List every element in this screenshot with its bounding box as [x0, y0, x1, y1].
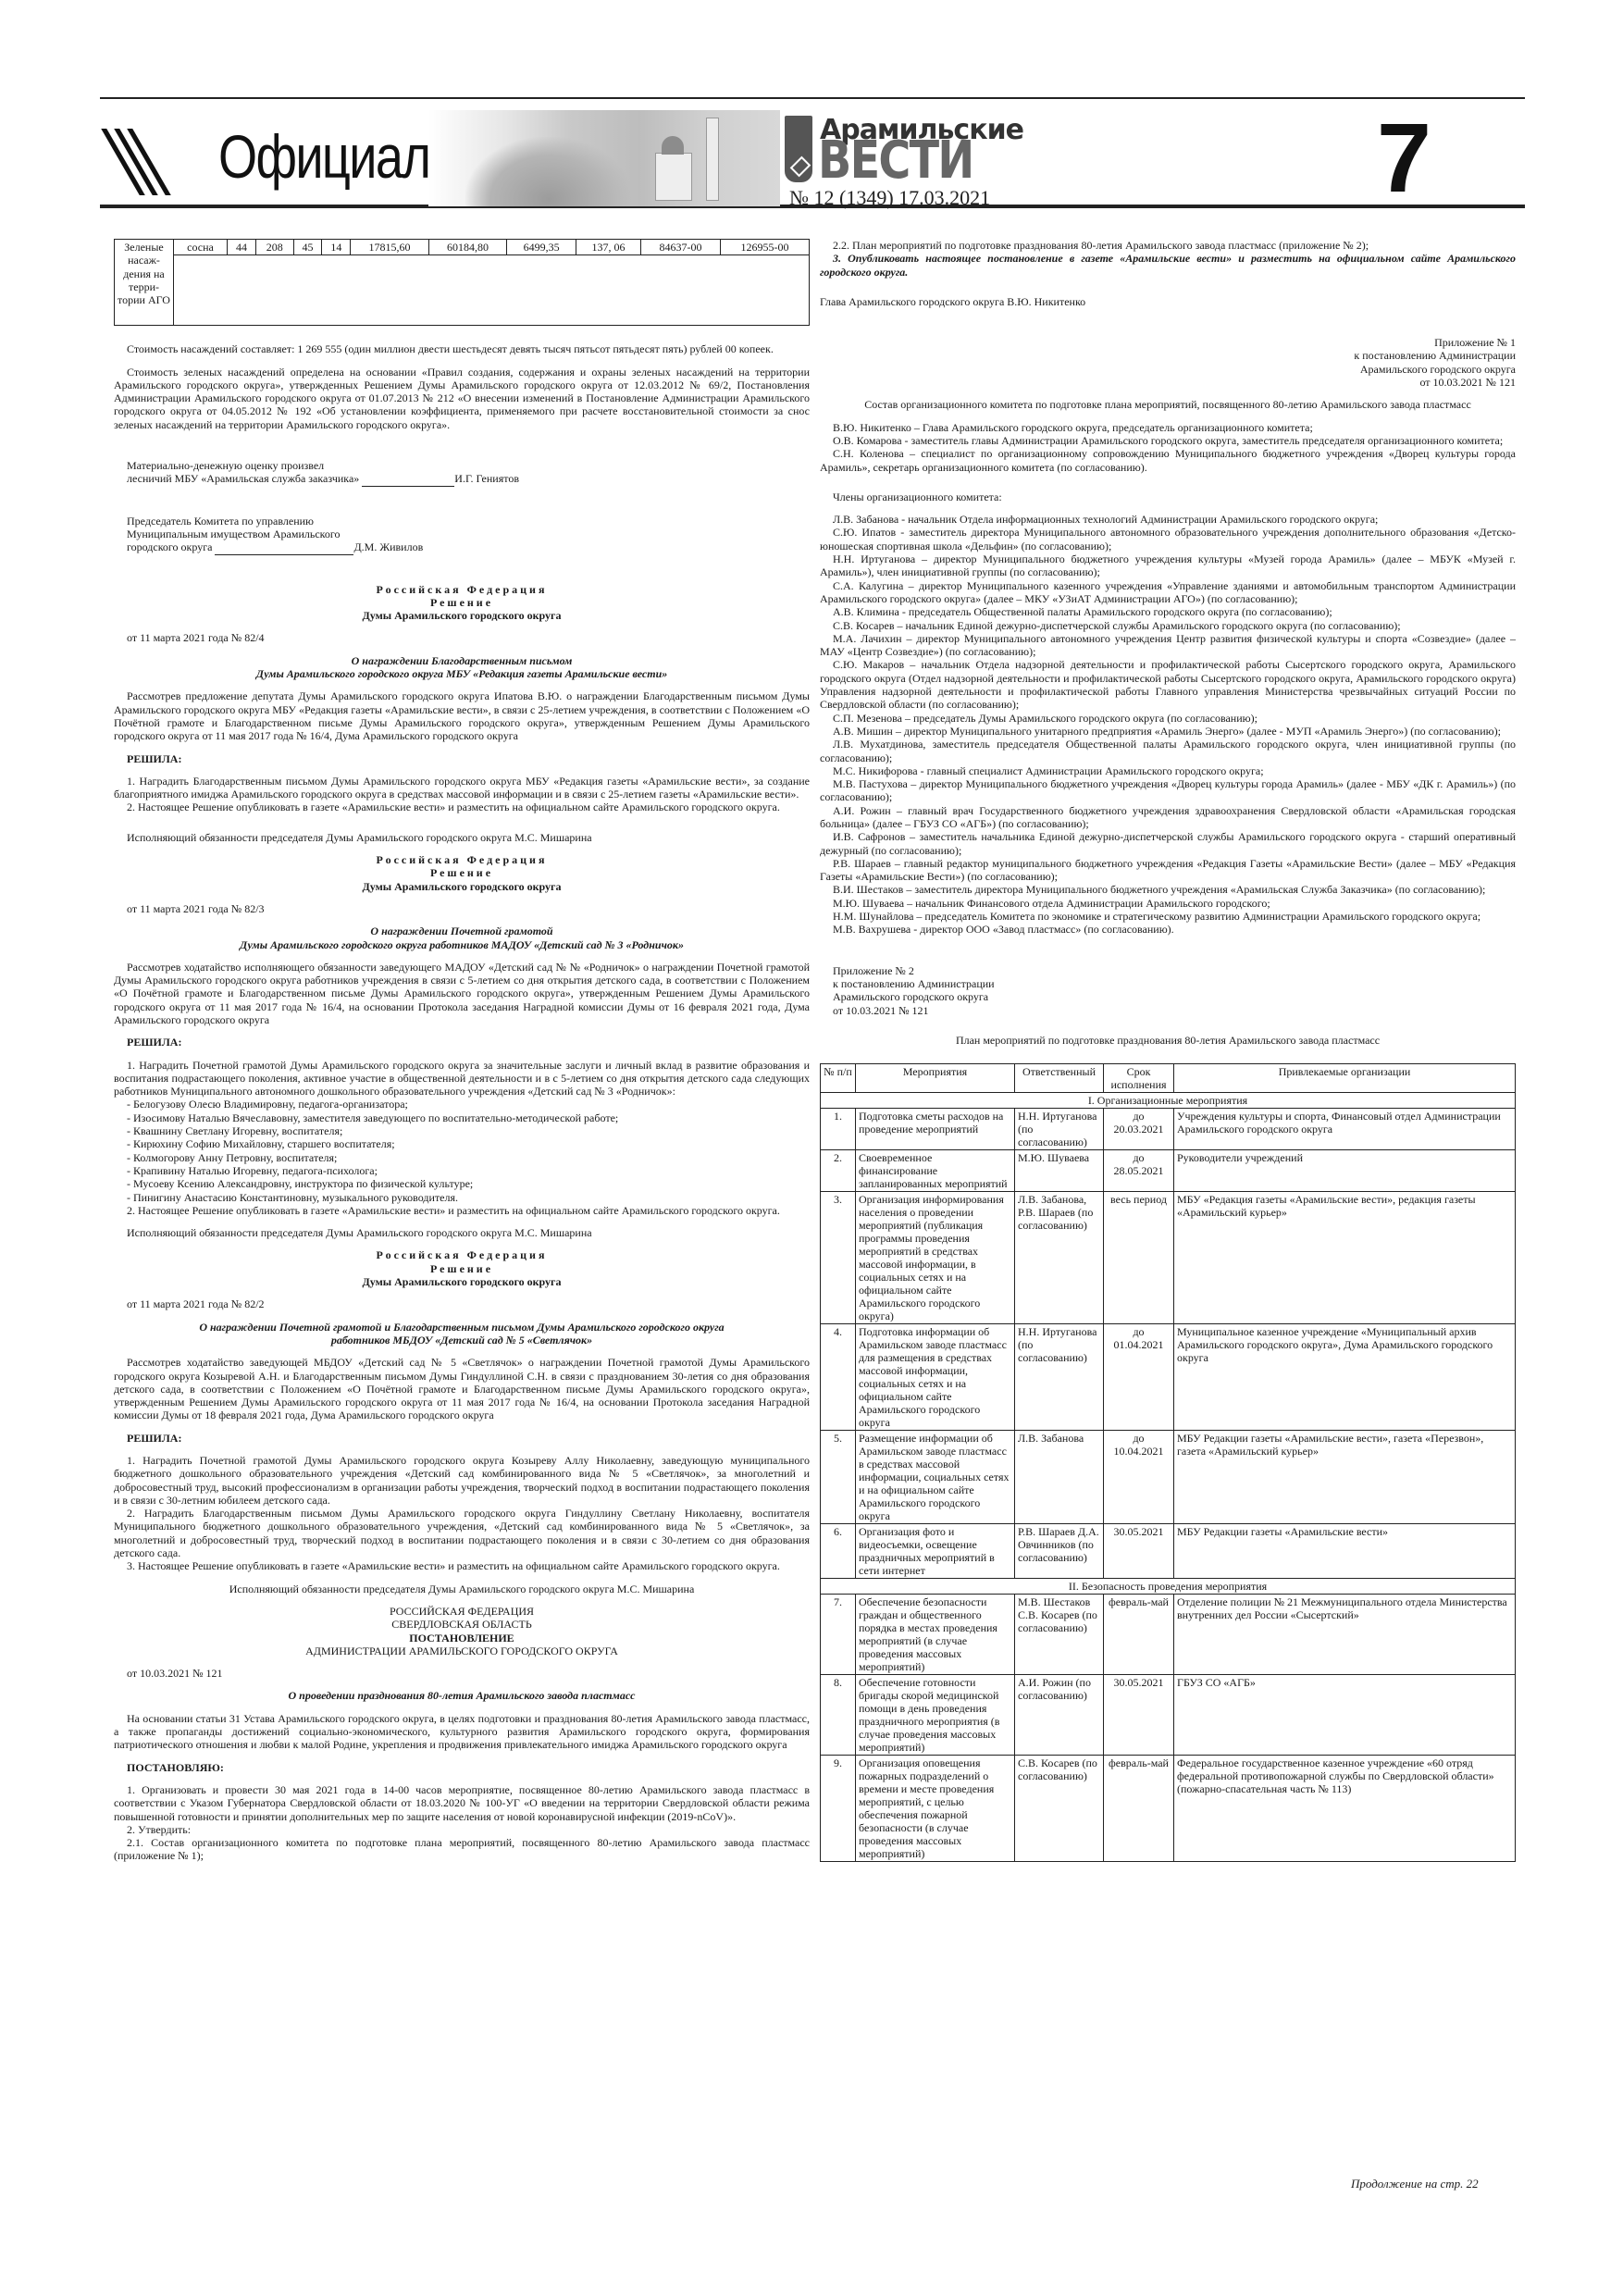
table-cell: 137, 06	[576, 240, 641, 255]
table-cell: С.В. Косарев (по согласованию)	[1015, 1756, 1104, 1862]
list-item: Н.Н. Иртуганова – директор Муниципальног…	[820, 552, 1516, 579]
doc-preamble: Рассмотрев ходатайство исполняющего обяз…	[114, 961, 810, 1026]
table-row: 9.Организация оповещения пожарных подраз…	[821, 1756, 1516, 1862]
list-item: И.В. Сафронов – заместитель начальника Е…	[820, 830, 1516, 857]
doc-item: 1. Наградить Почетной грамотой Думы Арам…	[114, 1454, 810, 1507]
section-label: II. Безопасность проведения мероприятия	[821, 1579, 1516, 1595]
table-cell: 44	[228, 240, 256, 255]
column-header: Привлекаемые организации	[1174, 1064, 1516, 1093]
doc-preamble: Рассмотрев ходатайство заведующей МБДОУ …	[114, 1356, 810, 1421]
resolved-label: РЕШИЛА:	[114, 1036, 810, 1049]
table-cell: Федеральное государственное казенное учр…	[1174, 1756, 1516, 1862]
table-cell: Своевременное финансирование запланирова…	[856, 1150, 1015, 1192]
table-cell: Организация оповещения пожарных подразде…	[856, 1756, 1015, 1862]
list-item: В.И. Шестаков – заместитель директора Му…	[820, 883, 1516, 896]
table-row: 5.Размещение информации об Арамильском з…	[821, 1431, 1516, 1524]
newspaper-logo-main: ВЕСТИ	[818, 130, 973, 191]
table-cell: Муниципальное казенное учреждение «Муниц…	[1174, 1324, 1516, 1431]
appendix-ref: от 10.03.2021 № 121	[833, 1004, 1516, 1017]
list-item: С.Н. Коленова – специалист по организаци…	[820, 447, 1516, 474]
table-cell: до 01.04.2021	[1104, 1324, 1174, 1431]
list-item: М.С. Никифорова - главный специалист Адм…	[820, 764, 1516, 777]
table-cell: 7.	[821, 1595, 856, 1675]
committee-leaders: В.Ю. Никитенко – Глава Арамильского горо…	[820, 421, 1516, 474]
doc-heading: Российская Федерация	[114, 1248, 810, 1261]
table-cell: 3.	[821, 1192, 856, 1324]
doc-heading: РОССИЙСКАЯ ФЕДЕРАЦИЯ	[114, 1605, 810, 1618]
table-cell: МБУ Редакции газеты «Арамильские вести»	[1174, 1524, 1516, 1579]
table-cell: МБУ «Редакция газеты «Арамильские вести»…	[1174, 1192, 1516, 1324]
list-item: - Белогузову Олесю Владимировну, педагог…	[114, 1098, 810, 1111]
table-cell: 2.	[821, 1150, 856, 1192]
doc-signature: Исполняющий обязанности председателя Дум…	[114, 1226, 810, 1239]
doc-heading: Решение	[114, 596, 810, 609]
doc-title: О награждении Благодарственным письмом	[114, 654, 810, 667]
list-item: М.В. Пастухова – директор Муниципального…	[820, 777, 1516, 804]
doc-title: О награждении Почетной грамотой	[114, 925, 810, 937]
doc-item: 2.1. Состав организационного комитета по…	[114, 1836, 810, 1863]
members-label: Члены организационного комитета:	[820, 490, 1516, 503]
table-row: Зеленые насаж- дения на терри- тории АГО…	[115, 240, 810, 255]
doc-item: 1. Наградить Почетной грамотой Думы Арам…	[114, 1059, 810, 1098]
doc-item: 2. Настоящее Решение опубликовать в газе…	[114, 800, 810, 813]
table-cell: Подготовка информации об Арамильском зав…	[856, 1324, 1015, 1431]
table-cell: 6.	[821, 1524, 856, 1579]
table-header-row: № п/пМероприятияОтветственныйСрок исполн…	[821, 1064, 1516, 1093]
table-cell: М.В. Шестаков С.В. Косарев (по согласова…	[1015, 1595, 1104, 1675]
doc-date: от 11 марта 2021 года № 82/3	[114, 902, 810, 915]
header-photo-church	[428, 110, 780, 206]
appendix-ref: Арамильского городского округа	[833, 990, 1516, 1003]
appendix-title: Состав организационного комитета по подг…	[820, 398, 1516, 411]
list-item: В.Ю. Никитенко – Глава Арамильского горо…	[820, 421, 1516, 434]
table-row: 4.Подготовка информации об Арамильском з…	[821, 1324, 1516, 1431]
list-item: Л.В. Мухатдинова, заместитель председате…	[820, 738, 1516, 764]
doc-signature: Глава Арамильского городского округа В.Ю…	[820, 295, 1516, 308]
cost-paragraph: Стоимость насаждений составляет: 1 269 5…	[114, 342, 810, 355]
resolved-label: РЕШИЛА:	[114, 1432, 810, 1445]
resolved-label: РЕШИЛА:	[114, 752, 810, 765]
appendix-ref: от 10.03.2021 № 121	[820, 376, 1516, 389]
table-cell: 4.	[821, 1324, 856, 1431]
doc-signature: Исполняющий обязанности председателя Дум…	[114, 831, 810, 844]
doc-item: 1. Наградить Благодарственным письмом Ду…	[114, 775, 810, 801]
list-item: А.В. Мишин – директор Муниципального уни…	[820, 725, 1516, 738]
table-cell: 17815,60	[351, 240, 429, 255]
doc-title: О награждении Почетной грамотой и Благод…	[114, 1321, 810, 1334]
column-header: Ответственный	[1015, 1064, 1104, 1093]
table-cell: 126955-00	[721, 240, 810, 255]
table-cell: 9.	[821, 1756, 856, 1862]
table-cell: Организация информирования населения о п…	[856, 1192, 1015, 1324]
table-cell: февраль-май	[1104, 1756, 1174, 1862]
table-cell: Обеспечение безопасности граждан и общес…	[856, 1595, 1015, 1675]
table-cell: Н.Н. Иртуганова (по согласованию)	[1015, 1109, 1104, 1150]
decision-82-2: Российская Федерация Решение Думы Арамил…	[114, 1248, 810, 1595]
table-cell: Подготовка сметы расходов на проведение …	[856, 1109, 1015, 1150]
doc-item: 3. Опубликовать настоящее постановление …	[820, 252, 1516, 279]
table-cell: до 10.04.2021	[1104, 1431, 1174, 1524]
appendix-ref: к постановлению Администрации	[820, 349, 1516, 362]
table-cell: 30.05.2021	[1104, 1675, 1174, 1756]
awardees-list: - Белогузову Олесю Владимировну, педагог…	[114, 1098, 810, 1203]
signature-line: лесничий МБУ «Арамильская служба заказчи…	[127, 472, 810, 486]
list-item: О.В. Комарова - заместитель главы Админи…	[820, 434, 1516, 447]
table-row: 1.Подготовка сметы расходов на проведени…	[821, 1109, 1516, 1150]
issue-number-date: № 12 (1349) 17.03.2021	[789, 186, 990, 210]
decision-82-4: Российская Федерация Решение Думы Арамил…	[114, 583, 810, 844]
doc-item: 2. Настоящее Решение опубликовать в газе…	[114, 1204, 810, 1217]
table-cell: 14	[322, 240, 351, 255]
column-header: Срок исполнения	[1104, 1064, 1174, 1093]
doc-date: от 11 марта 2021 года № 82/4	[114, 631, 810, 644]
continued-note: Продолжение на стр. 22	[1351, 2177, 1479, 2191]
doc-title: Думы Арамильского городского округа рабо…	[114, 938, 810, 951]
list-item: Л.В. Забанова - начальник Отдела информа…	[820, 513, 1516, 526]
doc-item: 3. Настоящее Решение опубликовать в газе…	[114, 1559, 810, 1572]
table-cell: 6499,35	[507, 240, 576, 255]
basis-paragraph: Стоимость зеленых насаждений определена …	[114, 366, 810, 431]
doc-item: 2.2. План мероприятий по подготовке праз…	[820, 239, 1516, 252]
doc-heading: СВЕРДЛОВСКАЯ ОБЛАСТЬ	[114, 1618, 810, 1631]
signature-text: Материально-денежную оценку произвел	[127, 459, 810, 472]
column-header: Мероприятия	[856, 1064, 1015, 1093]
section-label: I. Организационные мероприятия	[821, 1093, 1516, 1109]
table-cell: до 20.03.2021	[1104, 1109, 1174, 1150]
table-cell: сосна	[174, 240, 228, 255]
table-cell: до 28.05.2021	[1104, 1150, 1174, 1192]
table-cell: Зеленые насаж- дения на терри- тории АГО	[115, 240, 174, 326]
committee-members: Л.В. Забанова - начальник Отдела информа…	[820, 513, 1516, 937]
list-item: А.В. Климина - председатель Общественной…	[820, 605, 1516, 618]
appendix-ref: Арамильского городского округа	[820, 363, 1516, 376]
list-item: - Мусоеву Ксению Александровну, инструкт…	[114, 1177, 810, 1190]
doc-heading: Думы Арамильского городского округа	[114, 880, 810, 893]
table-cell: Обеспечение готовности бригады скорой ме…	[856, 1675, 1015, 1756]
doc-heading: Думы Арамильского городского округа	[114, 1275, 810, 1288]
doc-date: от 10.03.2021 № 121	[114, 1667, 810, 1680]
doc-heading: АДМИНИСТРАЦИИ АРАМИЛЬСКОГО ГОРОДСКОГО ОК…	[114, 1644, 810, 1657]
masthead: Официально Арамильские ВЕСТИ № 12 (1349)…	[100, 97, 1525, 208]
signature-line: городского округа Д.М. Живилов	[127, 540, 810, 554]
list-item: - Квашнину Светлану Игоревну, воспитател…	[114, 1124, 810, 1137]
section-row: II. Безопасность проведения мероприятия	[821, 1579, 1516, 1595]
table-cell: 1.	[821, 1109, 856, 1150]
list-item: М.А. Лачихин – директор Муниципального а…	[820, 632, 1516, 659]
appendix-ref: Приложение № 2	[833, 964, 1516, 977]
table-cell: Л.В. Забанова, Р.В. Шараев (по согласова…	[1015, 1192, 1104, 1324]
list-item: - Изосимову Наталью Вячеславовну, замест…	[114, 1111, 810, 1124]
decision-82-3: Российская Федерация Решение Думы Арамил…	[114, 853, 810, 1239]
appendix-ref: Приложение № 1	[820, 336, 1516, 349]
table-cell: М.Ю. Шуваева	[1015, 1150, 1104, 1192]
list-item: Н.М. Шунайлова – председатель Комитета п…	[820, 910, 1516, 923]
appendix-ref: к постановлению Администрации	[833, 977, 1516, 990]
table-cell: весь период	[1104, 1192, 1174, 1324]
doc-title: работников МБДОУ «Детский сад № 5 «Светл…	[114, 1334, 810, 1347]
table-cell: 45	[293, 240, 322, 255]
list-item: - Колмогорову Анну Петровну, воспитателя…	[114, 1151, 810, 1164]
signature-text: Муниципальным имуществом Арамильского	[127, 527, 810, 540]
resolution-121: РОССИЙСКАЯ ФЕДЕРАЦИЯ СВЕРДЛОВСКАЯ ОБЛАСТ…	[114, 1605, 810, 1863]
table-cell: Учреждения культуры и спорта, Финансовый…	[1174, 1109, 1516, 1150]
table-row: 8.Обеспечение готовности бригады скорой …	[821, 1675, 1516, 1756]
green-plantings-table: Зеленые насаж- дения на терри- тории АГО…	[114, 239, 810, 326]
page-number: 7	[1377, 103, 1431, 215]
table-row: 3.Организация информирования населения о…	[821, 1192, 1516, 1324]
table-cell: 84637-00	[640, 240, 720, 255]
table-cell: 5.	[821, 1431, 856, 1524]
table-row: 6.Организация фото и видеосъемки, освеще…	[821, 1524, 1516, 1579]
doc-title: О проведении празднования 80-летия Арами…	[114, 1689, 810, 1702]
right-column: 2.2. План мероприятий по подготовке праз…	[820, 239, 1516, 1862]
doc-preamble: На основании статьи 31 Устава Арамильско…	[114, 1712, 810, 1752]
list-item: С.Ю. Ипатов - заместитель директора Муни…	[820, 526, 1516, 552]
table-cell: 208	[255, 240, 293, 255]
list-item: А.И. Рожин – главный врач Государственно…	[820, 804, 1516, 831]
resolve-label: ПОСТАНОВЛЯЮ:	[114, 1761, 810, 1774]
doc-heading: Российская Федерация	[114, 583, 810, 596]
doc-item: 2. Утвердить:	[114, 1823, 810, 1836]
list-item: С.П. Мезенова – председатель Думы Арамил…	[820, 712, 1516, 725]
list-item: М.В. Вахрушева - директор ООО «Завод пла…	[820, 923, 1516, 936]
list-item: Р.В. Шараев – главный редактор муниципал…	[820, 857, 1516, 884]
doc-heading: Российская Федерация	[114, 853, 810, 866]
table-cell: 30.05.2021	[1104, 1524, 1174, 1579]
city-crest-icon	[785, 116, 812, 182]
table-row	[115, 255, 810, 326]
doc-item: 1. Организовать и провести 30 мая 2021 г…	[114, 1783, 810, 1823]
doc-heading: ПОСТАНОВЛЕНИЕ	[114, 1632, 810, 1644]
table-cell: Отделение полиции № 21 Межмуниципального…	[1174, 1595, 1516, 1675]
doc-title: Думы Арамильского городского округа МБУ …	[114, 667, 810, 680]
table-cell: Н.Н. Иртуганова (по согласованию)	[1015, 1324, 1104, 1431]
signature-text: Председатель Комитета по управлению	[127, 515, 810, 527]
table-cell: Размещение информации об Арамильском зав…	[856, 1431, 1015, 1524]
table-cell: 60184,80	[428, 240, 507, 255]
table-cell: А.И. Рожин (по согласованию)	[1015, 1675, 1104, 1756]
event-plan-table: № п/пМероприятияОтветственныйСрок исполн…	[820, 1063, 1516, 1862]
table-cell: Р.В. Шараев Д.А. Овчинников (по согласов…	[1015, 1524, 1104, 1579]
table-cell: ГБУЗ СО «АГБ»	[1174, 1675, 1516, 1756]
left-column: Зеленые насаж- дения на терри- тории АГО…	[114, 239, 810, 1863]
doc-heading: Решение	[114, 1262, 810, 1275]
table-row: 2.Своевременное финансирование запланиро…	[821, 1150, 1516, 1192]
list-item: С.В. Косарев – начальник Единой дежурно-…	[820, 619, 1516, 632]
table-cell: февраль-май	[1104, 1595, 1174, 1675]
doc-signature: Исполняющий обязанности председателя Дум…	[114, 1582, 810, 1595]
table-cell: МБУ Редакции газеты «Арамильские вести»,…	[1174, 1431, 1516, 1524]
list-item: С.Ю. Макаров – начальник Отдела надзорно…	[820, 658, 1516, 711]
doc-date: от 11 марта 2021 года № 82/2	[114, 1297, 810, 1310]
section-row: I. Организационные мероприятия	[821, 1093, 1516, 1109]
table-row: 7.Обеспечение безопасности граждан и общ…	[821, 1595, 1516, 1675]
column-header: № п/п	[821, 1064, 856, 1093]
table-cell: Организация фото и видеосъемки, освещени…	[856, 1524, 1015, 1579]
table-cell: Л.В. Забанова	[1015, 1431, 1104, 1524]
doc-item: 2. Наградить Благодарственным письмом Ду…	[114, 1507, 810, 1559]
doc-heading: Думы Арамильского городского округа	[114, 609, 810, 622]
list-item: М.Ю. Шуваева – начальник Финансового отд…	[820, 897, 1516, 910]
doc-heading: Решение	[114, 866, 810, 879]
list-item: С.А. Калугина – директор Муниципального …	[820, 579, 1516, 606]
section-slashes-icon	[115, 129, 170, 193]
table-cell: Руководители учреждений	[1174, 1150, 1516, 1192]
list-item: - Пинигину Анастасию Константиновну, муз…	[114, 1191, 810, 1204]
list-item: - Крапивину Наталью Игоревну, педагога-п…	[114, 1164, 810, 1177]
table-cell: 8.	[821, 1675, 856, 1756]
plan-title: План мероприятий по подготовке празднова…	[820, 1034, 1516, 1047]
list-item: - Кирюхину Софию Михайловну, старшего во…	[114, 1137, 810, 1150]
doc-preamble: Рассмотрев предложение депутата Думы Ара…	[114, 689, 810, 742]
